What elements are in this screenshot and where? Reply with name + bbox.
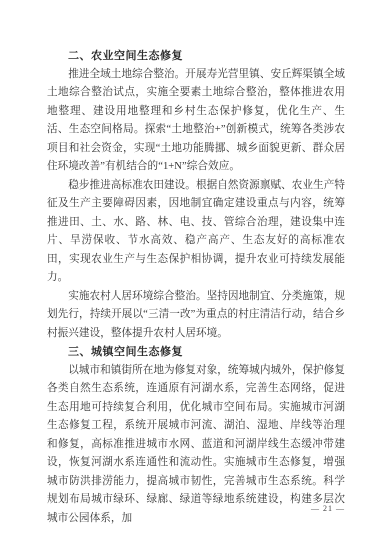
- page-number: — 21 —: [311, 504, 345, 513]
- section-heading-agricultural-space: 二、农业空间生态修复: [47, 47, 345, 66]
- paragraph-rural-living-environment: 实施农村人居环境综合整治。坚持因地制宜、分类施策，规划先行，持续开展以“三清一改…: [47, 288, 345, 344]
- document-page: 二、农业空间生态修复 推进全域土地综合整治。开展寿光营里镇、安丘辉渠镇全域土地综…: [0, 0, 390, 551]
- document-content: 二、农业空间生态修复 推进全域土地综合整治。开展寿光营里镇、安丘辉渠镇全域土地综…: [47, 47, 345, 528]
- paragraph-land-consolidation: 推进全域土地综合整治。开展寿光营里镇、安丘辉渠镇全域土地综合整治试点，实施全要素…: [47, 66, 345, 177]
- paragraph-farmland-construction: 稳步推进高标准农田建设。根据自然资源禀赋、农业生产特征及生产主要障碍因素，因地制…: [47, 177, 345, 288]
- section-heading-urban-space: 三、城镇空间生态修复: [47, 343, 345, 362]
- paragraph-urban-restoration: 以城市和镇街所在地为修复对象，统筹城内城外，保护修复各类自然生态系统，连通原有河…: [47, 362, 345, 529]
